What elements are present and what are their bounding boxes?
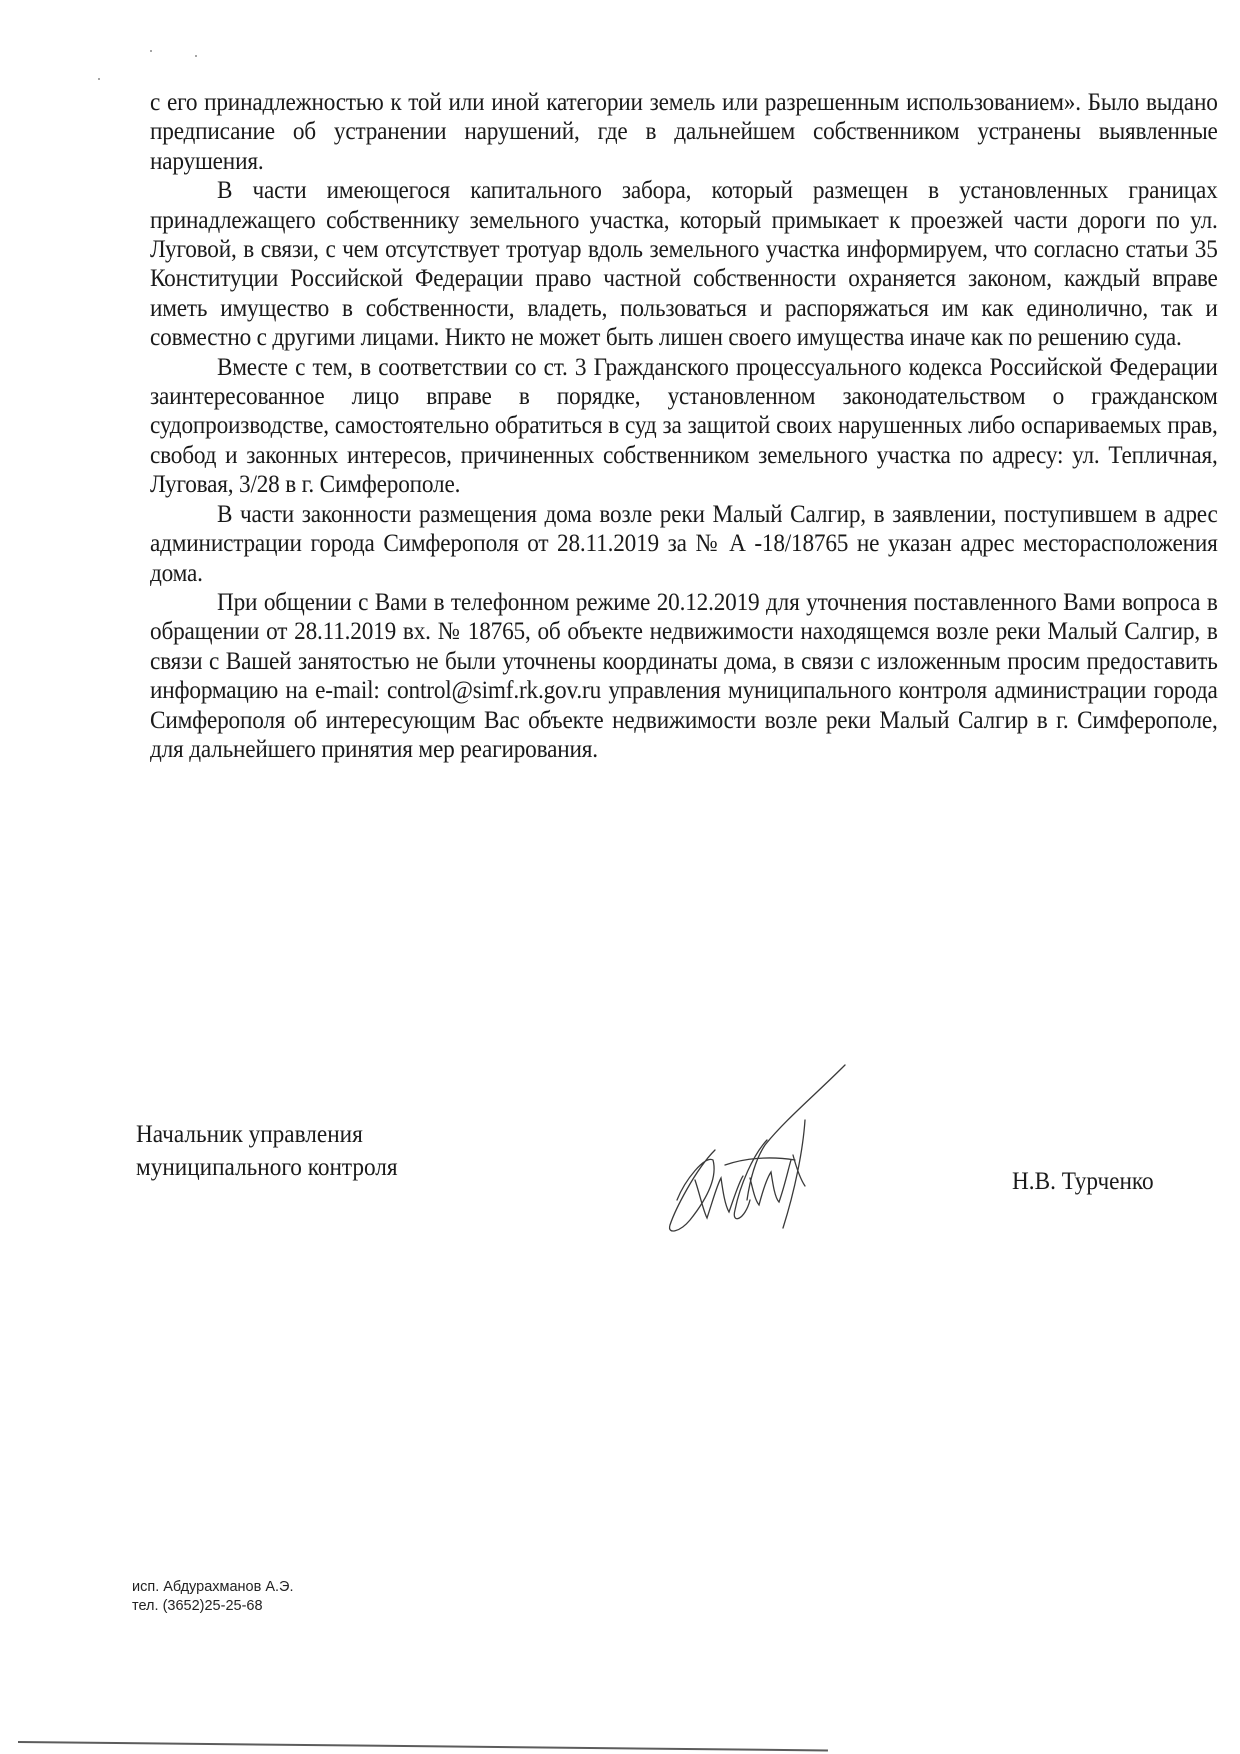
paragraph-2: В части имеющегося капитального забора, … [150,176,1218,352]
executor-phone: тел. (3652)25-25-68 [132,1597,294,1616]
signer-position-line1: Начальник управления [136,1118,398,1151]
handwritten-signature-icon [655,1060,855,1235]
executor-footer: исп. Абдурахманов А.Э. тел. (3652)25-25-… [132,1578,294,1616]
scan-edge-line [18,1741,828,1751]
document-page: с его принадлежностью к той или иной кат… [0,0,1240,1754]
signer-position: Начальник управления муниципального конт… [136,1118,398,1184]
signer-position-line2: муниципального контроля [136,1151,398,1184]
scan-speck [150,50,152,52]
scan-speck [195,55,197,57]
letter-body: с его принадлежностью к той или иной кат… [150,88,1218,764]
executor-name: исп. Абдурахманов А.Э. [132,1578,294,1597]
scan-speck [98,78,100,80]
paragraph-5: При общении с Вами в телефонном режиме 2… [150,588,1218,764]
signer-name: Н.В. Турченко [1012,1168,1154,1196]
paragraph-4: В части законности размещения дома возле… [150,500,1218,588]
paragraph-3: Вместе с тем, в соответствии со ст. 3 Гр… [150,353,1218,500]
paragraph-1: с его принадлежностью к той или иной кат… [150,88,1218,176]
